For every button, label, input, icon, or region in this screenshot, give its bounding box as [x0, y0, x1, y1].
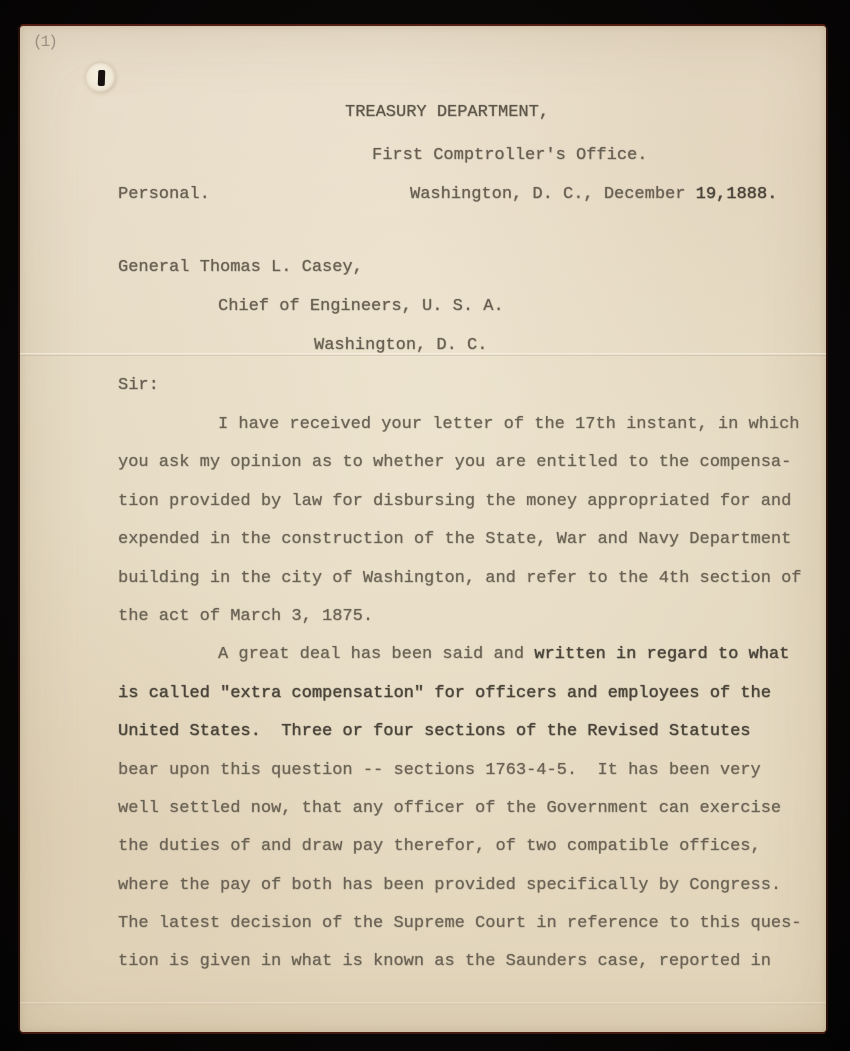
- body-line-segment: A great deal has been said and: [218, 645, 534, 664]
- body-line: the act of March 3, 1875.: [118, 598, 826, 636]
- body-line: bear upon this question -- sections 1763…: [118, 752, 826, 790]
- body-line: well settled now, that any officer of th…: [118, 790, 826, 828]
- recipient-name: General Thomas L. Casey,: [118, 259, 363, 276]
- body-line: where the pay of both has been provided …: [118, 867, 826, 905]
- letter-body: I have received your letter of the 17th …: [118, 406, 826, 982]
- body-line: The latest decision of the Supreme Court…: [118, 905, 826, 943]
- letterhead-office: First Comptroller's Office.: [372, 147, 647, 164]
- body-line: United States. Three or four sections of…: [118, 713, 826, 751]
- fold-crease-lower: [20, 1002, 826, 1005]
- salutation: Sir:: [118, 377, 159, 394]
- body-line-segment-emphasis: written in regard to what: [534, 645, 789, 664]
- body-line: expended in the construction of the Stat…: [118, 521, 826, 559]
- personal-label: Personal.: [118, 186, 210, 203]
- dateline-date: 19,1888.: [696, 185, 778, 204]
- dateline: Washington, D. C., December 19,1888.: [410, 186, 777, 203]
- letter-page: (1) TREASURY DEPARTMENT, First Comptroll…: [20, 26, 826, 1032]
- punch-hole: [86, 63, 116, 93]
- body-line: is called "extra compensation" for offic…: [118, 675, 826, 713]
- recipient-city: Washington, D. C.: [314, 337, 487, 354]
- body-line: the duties of and draw pay therefor, of …: [118, 828, 826, 866]
- dateline-place: Washington, D. C., December: [410, 185, 696, 204]
- photo-background: (1) TREASURY DEPARTMENT, First Comptroll…: [0, 0, 850, 1051]
- recipient-title: Chief of Engineers, U. S. A.: [218, 298, 504, 315]
- pencil-page-number: (1): [33, 33, 56, 51]
- body-line: A great deal has been said and written i…: [118, 636, 826, 674]
- letterhead-department: TREASURY DEPARTMENT,: [345, 104, 549, 121]
- body-line: building in the city of Washington, and …: [118, 560, 826, 598]
- body-line: I have received your letter of the 17th …: [118, 406, 826, 444]
- body-line: tion is given in what is known as the Sa…: [118, 943, 826, 981]
- body-line: tion provided by law for disbursing the …: [118, 483, 826, 521]
- punch-hole-slot: [98, 70, 106, 86]
- body-line: you ask my opinion as to whether you are…: [118, 444, 826, 482]
